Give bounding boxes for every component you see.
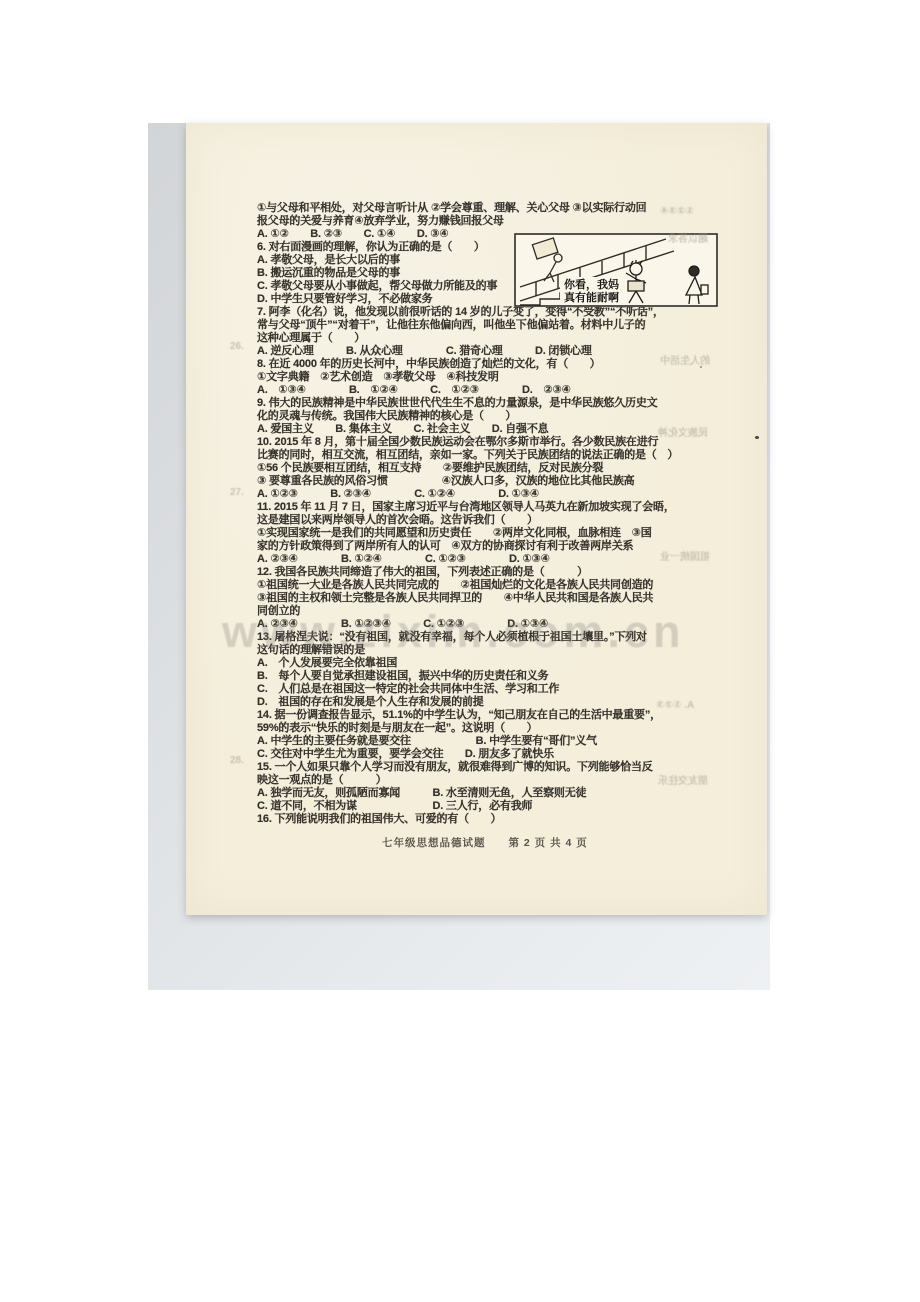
text-line: A. 独学而无友，则孤陋而寡闻 B. 水至清则无鱼，人至察则无徒 — [257, 787, 737, 800]
comic-caption: 你看，我妈 真有能耐啊 — [560, 277, 622, 304]
page-footer: 七年级思想品德试题 第 2 页 共 4 页 — [382, 835, 588, 850]
text-line: ③ 要尊重各民族的风俗习惯 ④汉族人口多，汉族的地位比其他民族高 — [257, 475, 737, 488]
comic-panel: 你看，我妈 真有能耐啊 — [514, 233, 718, 307]
text-line: 12. 我国各民族共同缔造了伟大的祖国，下列表述正确的是（ ） — [257, 566, 737, 579]
text-line: 常与父母“顶牛”“对着干”，让他往东他偏向西，叫他坐下他偏站着。材料中儿子的 — [257, 319, 737, 332]
text-line: ①祖国统一大业是各族人民共同完成的 ②祖国灿烂的文化是各族人民共同创造的 — [257, 579, 737, 592]
text-line: 15. 一个人如果只靠个人学习而没有朋友，就很难得到广博的知识。下列能够恰当反 — [257, 761, 737, 774]
text-line: 10. 2015 年 8 月，第十届全国少数民族运动会在鄂尔多斯市举行。各少数民… — [257, 436, 737, 449]
comic-caption-line2: 真有能耐啊 — [564, 290, 619, 304]
text-line: ①与父母和平相处，对父母言听计从 ②学会尊重、理解、关心父母 ③以实际行动回 — [257, 202, 737, 215]
text-line: A. ②③④ B. ①②④ C. ①②③ D. ①③④ — [257, 553, 737, 566]
text-line: A. ①③④ B. ①②④ C. ①②③ D. ②③④ — [257, 384, 737, 397]
text-line: A. 爱国主义 B. 集体主义 C. 社会主义 D. 自强不息 — [257, 423, 737, 436]
text-line: 8. 在近 4000 年的历史长河中，中华民族创造了灿烂的文化，有（ ） — [257, 358, 737, 371]
text-line: C. 道不同，不相为谋 D. 三人行，必有我师 — [257, 800, 737, 813]
text-line: 同创立的 — [257, 605, 737, 618]
text-line: A. 逆反心理 B. 从众心理 C. 猎奇心理 D. 闭锁心理 — [257, 345, 737, 358]
text-line: A. 中学生的主要任务就是要交往 B. 中学生要有“哥们”义气 — [257, 735, 737, 748]
scan-speck — [700, 366, 702, 368]
text-line: 这是建国以来两岸领导人的首次会晤。这告诉我们（ ） — [257, 514, 737, 527]
text-line: 报父母的关爱与养育④放弃学业，努力赚钱回报父母 — [257, 215, 737, 228]
text-line: 化的灵魂与传统。我国伟大民族精神的核心是（ ） — [257, 410, 737, 423]
text-line: 这句话的理解错误的是 — [257, 644, 737, 657]
text-line: C. 交往对中学生尤为重要，要学会交往 D. 朋友多了就快乐 — [257, 748, 737, 761]
text-line: 16. 下列能说明我们的祖国伟大、可爱的有（ ） — [257, 813, 737, 826]
scan-speck — [755, 436, 759, 439]
text-line: 7. 阿李（化名）说，他发现以前很听话的 14 岁的儿子变了，变得“不受教”“不… — [257, 306, 737, 319]
text-line: ①56 个民族要相互团结，相互支持 ②要维护民族团结，反对民族分裂 — [257, 462, 737, 475]
text-line: ①文字典籍 ②艺术创造 ③孝敬父母 ④科技发明 — [257, 371, 737, 384]
text-line: 这种心理属于（ ） — [257, 332, 737, 345]
comic-illustration: 你看，我妈 真有能耐啊 — [514, 233, 718, 307]
text-line: A. 个人发展要完全依靠祖国 — [257, 657, 737, 670]
text-line: 家的方针政策得到了两岸所有人的认可 ④双方的协商探讨有利于改善两岸关系 — [257, 540, 737, 553]
text-line: 14. 据一份调查报告显示，51.1%的中学生认为，“知己朋友在自己的生活中最重… — [257, 709, 737, 722]
text-line: ③祖国的主权和领土完整是各族人民共同捍卫的 ④中华人民共和国是各族人民共 — [257, 592, 737, 605]
text-line: 映这一观点的是（ ） — [257, 774, 737, 787]
text-line: 13. 屠格涅夫说：“没有祖国，就没有幸福，每个人必须植根于祖国土壤里。”下列对 — [257, 631, 737, 644]
comic-caption-line1: 你看，我妈 — [564, 277, 619, 291]
text-line: 59%的表示“快乐的时刻是与朋友在一起”。这说明（ ） — [257, 722, 737, 735]
text-line: 11. 2015 年 11 月 7 日，国家主席习近平与台湾地区领导人马英九在新… — [257, 501, 737, 514]
text-line: 9. 伟大的民族精神是中华民族世世代代生生不息的力量源泉，是中华民族悠久历史文 — [257, 397, 737, 410]
text-line: A. ①②③ B. ②③④ C. ①②④ D. ①③④ — [257, 488, 737, 501]
text-line: C. 人们总是在祖国这一特定的社会共同体中生活、学习和工作 — [257, 683, 737, 696]
text-line: A. ②③④ B. ①②③④ C. ①②③ D. ①③④ — [257, 618, 737, 631]
exam-paper-sheet: ①与父母和平相处，对父母言听计从 ②学会尊重、理解、关心父母 ③以实际行动回报父… — [186, 123, 767, 915]
text-line: D. 祖国的存在和发展是个人生存和发展的前提 — [257, 696, 737, 709]
text-line: ①实现国家统一是我们的共同愿望和历史责任 ②两岸文化同根，血脉相连 ③国 — [257, 527, 737, 540]
text-line: B. 每个人要自觉承担建设祖国，振兴中华的历史责任和义务 — [257, 670, 737, 683]
text-line: 比赛的同时，相互交流，相互团结，亲如一家。下列关于民族团结的说法正确的是（ ） — [257, 449, 737, 462]
scanned-exam-page: { "document": { "lines": [ "①与父母和平相处，对父母… — [0, 0, 920, 1302]
